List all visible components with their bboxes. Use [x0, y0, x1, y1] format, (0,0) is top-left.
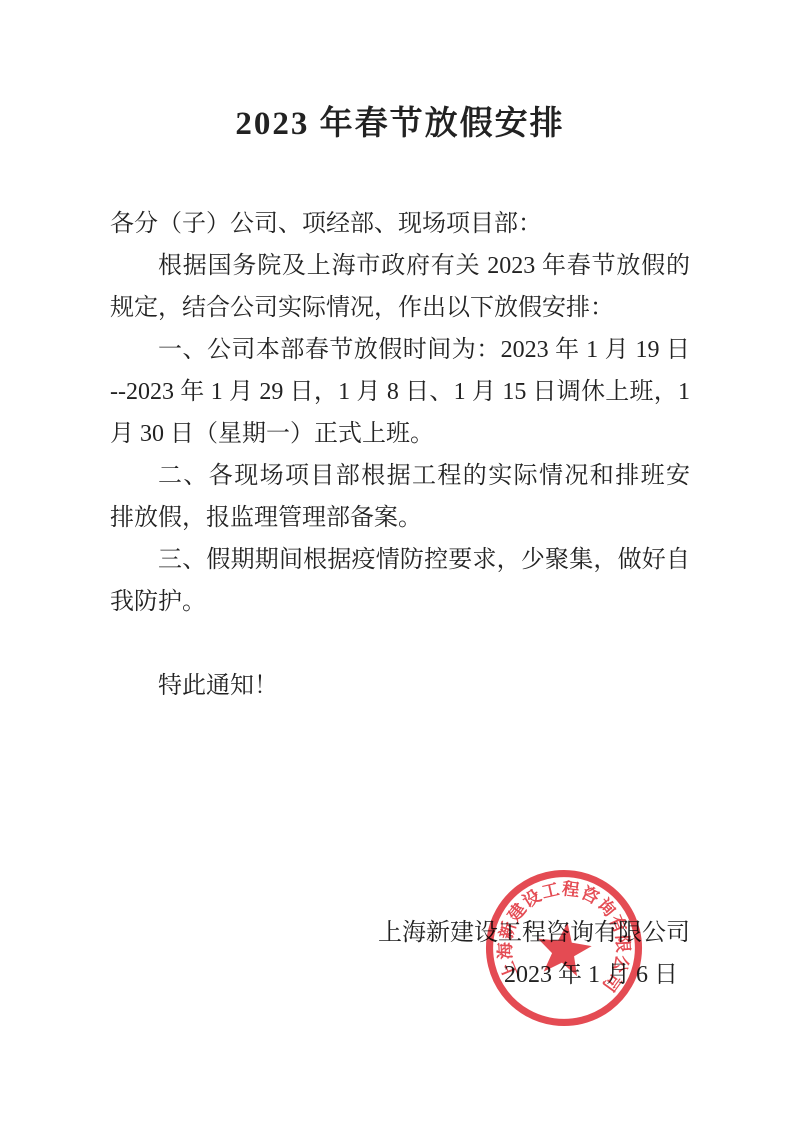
document-title: 2023 年春节放假安排 [0, 100, 800, 148]
notice-line: 特此通知！ [110, 665, 690, 707]
body-line: 一、公司本部春节放假时间为：2023 年 1 月 19 日 [110, 329, 690, 371]
body-line: 规定，结合公司实际情况，作出以下放假安排： [110, 287, 690, 329]
body-line: 二、各现场项目部根据工程的实际情况和排班安 [110, 455, 690, 497]
salutation-line: 各分（子）公司、项经部、现场项目部： [110, 203, 690, 245]
signature-block: 上海新建设工程咨询有限公司 2023 年 1 月 6 日 [378, 912, 690, 996]
body-line: 我防护。 [110, 581, 690, 623]
body-line: --2023 年 1 月 29 日，1 月 8 日、1 月 15 日调休上班，1 [110, 371, 690, 413]
body-line: 排放假，报监理管理部备案。 [110, 497, 690, 539]
notice-document-page: 2023 年春节放假安排 各分（子）公司、项经部、现场项目部： 根据国务院及上海… [0, 0, 800, 1131]
body-line: 根据国务院及上海市政府有关 2023 年春节放假的 [110, 245, 690, 287]
body-line: 三、假期期间根据疫情防控要求，少聚集，做好自 [110, 539, 690, 581]
document-body: 各分（子）公司、项经部、现场项目部： 根据国务院及上海市政府有关 2023 年春… [110, 203, 690, 707]
document-date: 2023 年 1 月 6 日 [378, 954, 690, 996]
body-line: 月 30 日（星期一）正式上班。 [110, 413, 690, 455]
company-name: 上海新建设工程咨询有限公司 [378, 912, 690, 954]
